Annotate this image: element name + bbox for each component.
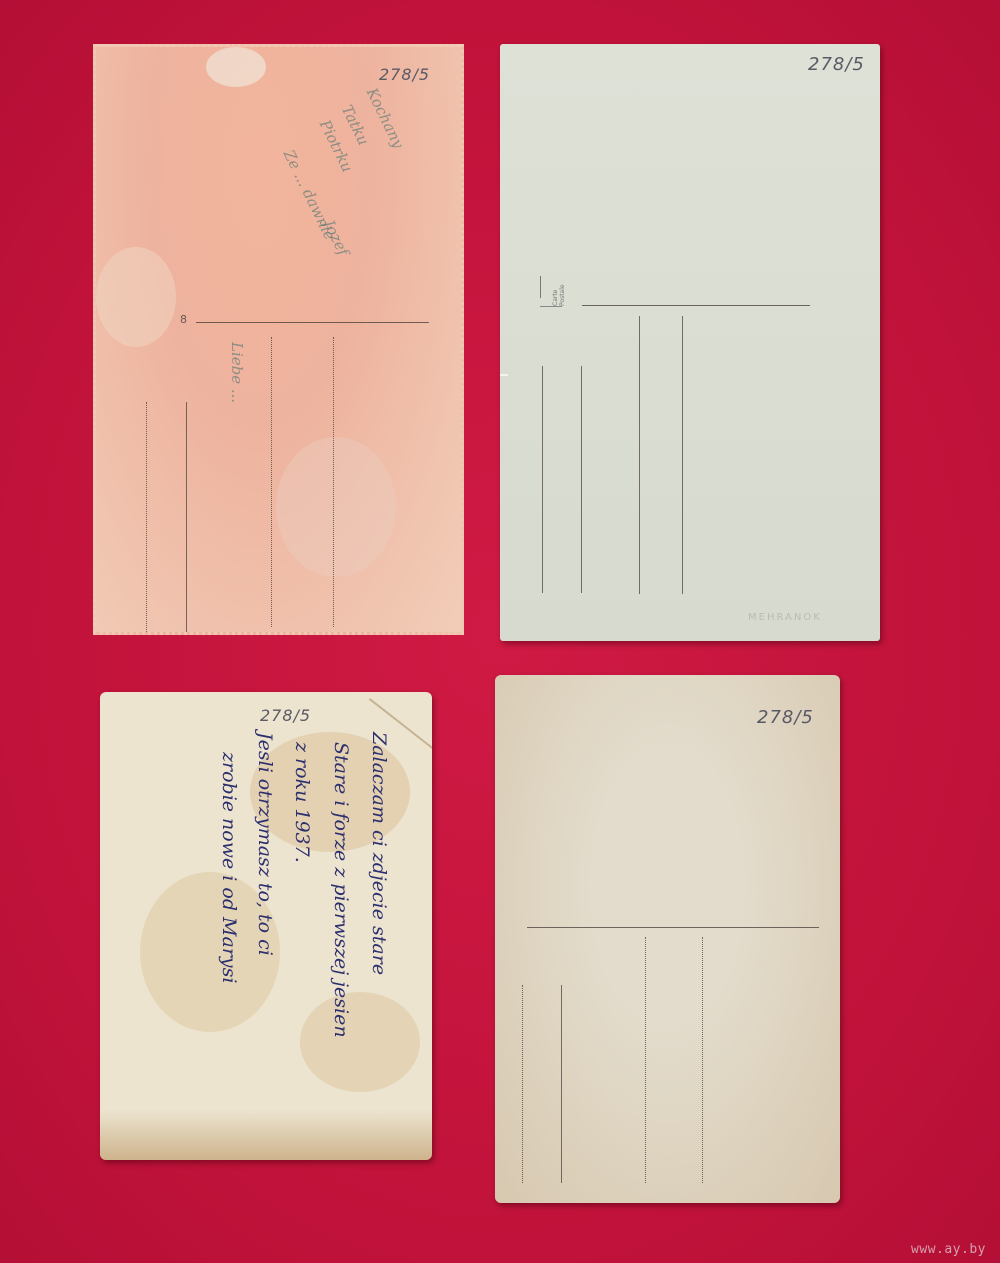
stain xyxy=(206,47,266,87)
handwriting-line: z roku 1937. xyxy=(291,742,313,863)
handwriting-line: Liebe ... xyxy=(228,342,246,403)
address-line xyxy=(645,937,646,1183)
address-line xyxy=(581,366,582,593)
edge-nick xyxy=(500,374,508,376)
reference-number: 278/5 xyxy=(260,706,311,725)
postcard-top-left: 278/5 Kochany Tatku Piotrku Ze ... dawni… xyxy=(93,44,464,635)
stain xyxy=(495,675,840,1203)
postcard-bottom-left: 278/5 Zalaczam ci zdjecie stare Stare i … xyxy=(100,692,432,1160)
address-line xyxy=(522,985,523,1183)
postcard-top-right: 278/5 Carte Postale MEHRANOK xyxy=(500,44,880,641)
address-line xyxy=(146,402,147,632)
printed-number: 8 xyxy=(180,313,188,326)
stain xyxy=(276,437,396,577)
reference-number: 278/5 xyxy=(379,65,430,84)
handwriting-line: Jesli otrzymasz to, to ci xyxy=(254,732,276,956)
publisher-imprint: MEHRANOK xyxy=(748,612,822,623)
reference-number: 278/5 xyxy=(757,707,814,728)
address-line xyxy=(561,985,562,1183)
stamp-box-label: Carte Postale xyxy=(552,274,566,306)
divider-line xyxy=(196,322,429,323)
stain xyxy=(96,247,176,347)
watermark: www.ay.by xyxy=(911,1242,986,1257)
address-line xyxy=(333,337,334,627)
handwriting-line: zrobie nowe i od Marysi xyxy=(218,752,240,983)
divider-line xyxy=(582,305,810,306)
stamp-box-mark: Carte Postale xyxy=(540,276,562,307)
stain xyxy=(300,992,420,1092)
address-line xyxy=(702,937,703,1183)
divider-line xyxy=(527,927,819,928)
address-line xyxy=(186,402,187,632)
stain xyxy=(100,1110,432,1160)
address-line xyxy=(271,337,272,627)
address-line xyxy=(682,316,683,594)
handwriting-line: Stare i forze z pierwszej jesien xyxy=(330,742,352,1038)
address-line xyxy=(542,366,543,593)
handwriting-line: Zalaczam ci zdjecie stare xyxy=(368,732,390,975)
postcard-bottom-right: 278/5 xyxy=(495,675,840,1203)
reference-number: 278/5 xyxy=(808,54,865,75)
address-line xyxy=(639,316,640,594)
